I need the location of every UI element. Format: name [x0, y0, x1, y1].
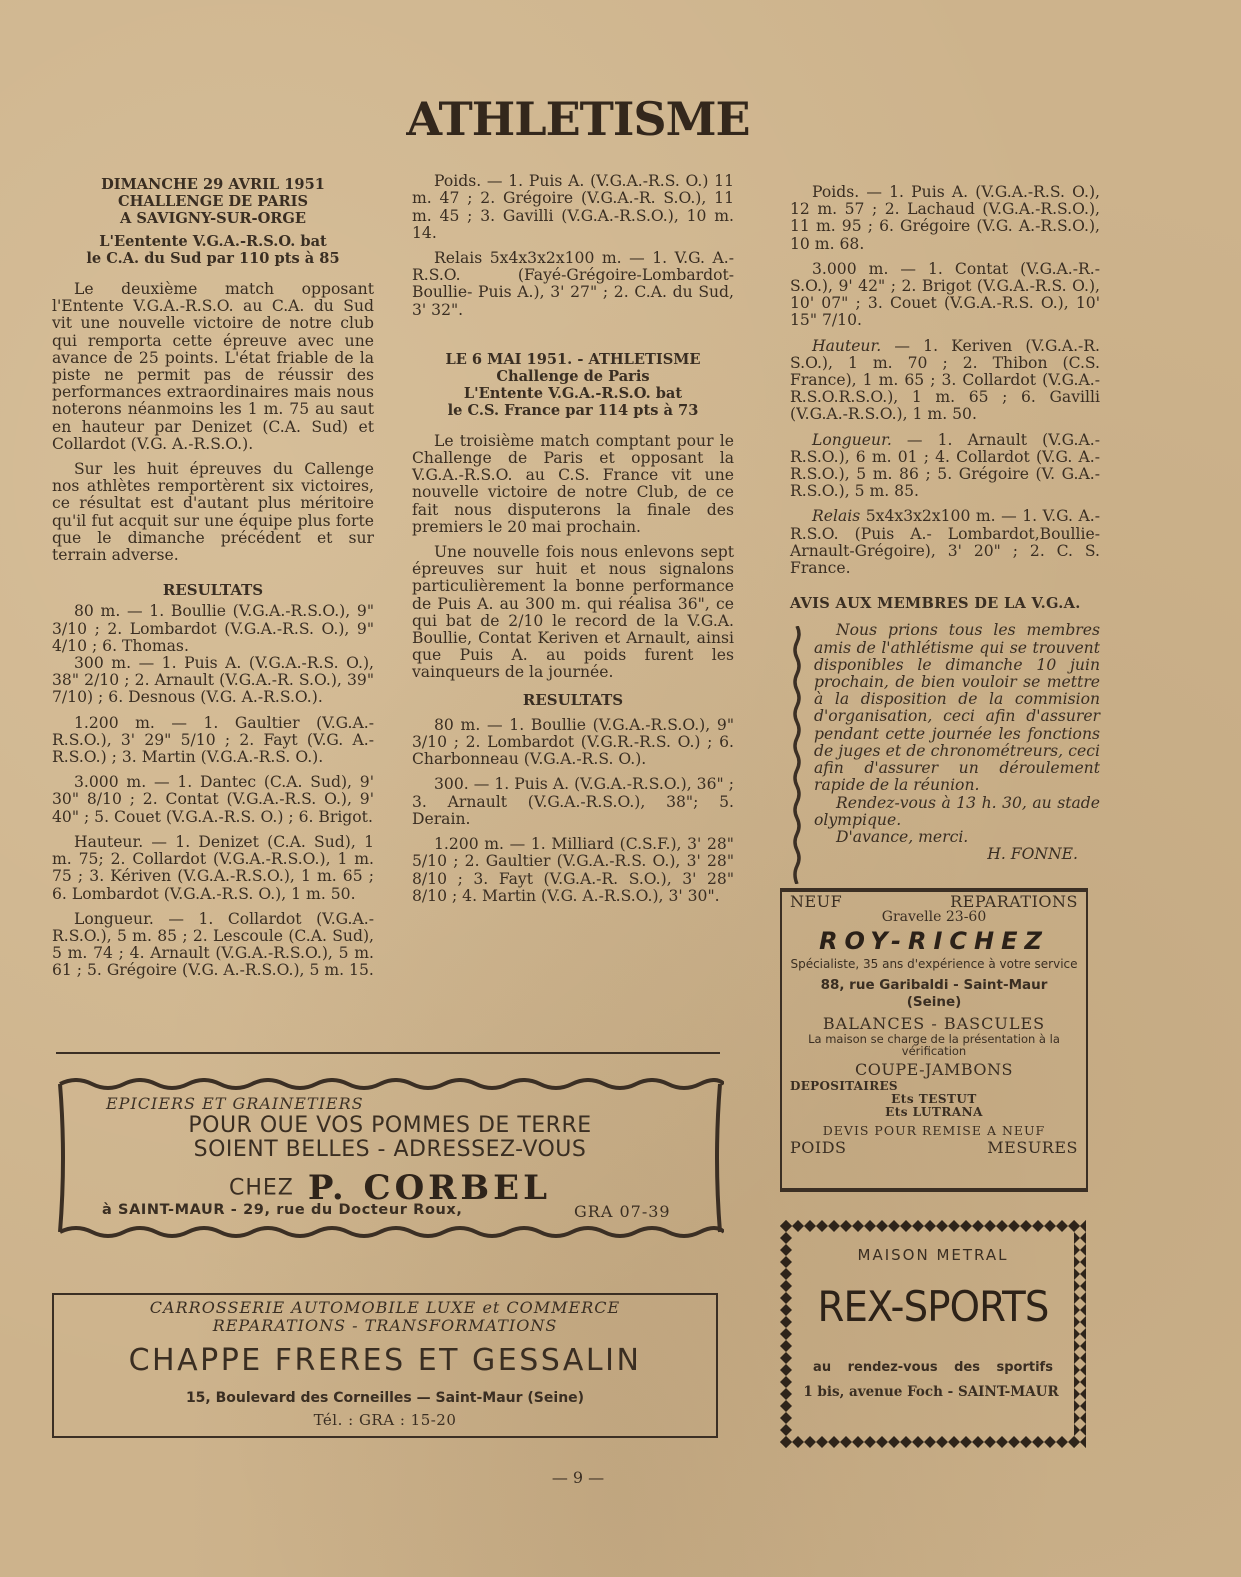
result-item: Longueur. — 1. Collardot (V.G.A.-R.S.O.)…: [52, 911, 374, 980]
result-item: Hauteur. — 1. Keriven (V.G.A.-R. S.O.), …: [790, 338, 1100, 424]
corbel-phone: GRA 07-39: [574, 1202, 671, 1221]
article2-headline-1: L'Entente V.G.A.-R.S.O. bat: [412, 385, 734, 402]
chappe-name: CHAPPE FRERES ET GESSALIN: [54, 1343, 716, 1378]
result-label: Relais: [812, 507, 860, 525]
avis-notice: Nous prions tous les membres amis de l'a…: [790, 622, 1100, 863]
page-title: ATHLETISME: [0, 92, 1156, 146]
article1-results-title: RESULTATS: [52, 582, 374, 599]
result-label: Longueur.: [812, 431, 892, 449]
roy-bottom-row: POIDS MESURES: [782, 1138, 1086, 1157]
result-item: Poids. — 1. Puis A. (V.G.A.-R.S. O.), 12…: [790, 184, 1100, 253]
result-item: 80 m. — 1. Boullie (V.G.A.-R.S.O.), 9" 3…: [52, 603, 374, 655]
article1-date: DIMANCHE 29 AVRIL 1951: [52, 176, 374, 193]
ad-roy-richez: NEUF REPARATIONS Gravelle 23-60 ROY-RICH…: [780, 888, 1088, 1192]
result-item: Hauteur. — 1. Denizet (C.A. Sud), 1 m. 7…: [52, 834, 374, 903]
avis-signature: H. FONNE.: [814, 846, 1100, 863]
article2-results-title: RESULTATS: [412, 692, 734, 709]
column-3: Poids. — 1. Puis A. (V.G.A.-R.S. O.), 12…: [790, 184, 1100, 863]
rex-name: REX-SPORTS: [792, 1282, 1074, 1331]
roy-ets-2: Ets LUTRANA: [782, 1106, 1086, 1119]
page-number: — 9 —: [0, 1468, 1156, 1487]
squiggle-bracket-icon: [792, 626, 802, 884]
roy-products: BALANCES - BASCULES: [782, 1014, 1086, 1033]
column-2: . Poids. — 1. Puis A. (V.G.A.-R.S. O.) 1…: [412, 148, 734, 905]
result-item: Poids. — 1. Puis A. (V.G.A.-R.S. O.) 11 …: [412, 173, 734, 242]
corbel-tagline: EPICIERS ET GRAINETIERS: [106, 1094, 364, 1113]
result-item: Relais 5x4x3x2x100 m. — 1. V.G. A.-R.S.O…: [412, 250, 734, 319]
roy-note: La maison se charge de la présentation à…: [782, 1033, 1086, 1057]
roy-depositaires: DEPOSITAIRES: [782, 1079, 1086, 1093]
article2-date: LE 6 MAI 1951. - ATHLETISME: [412, 351, 734, 368]
article2-paragraph-2: Une nouvelle fois nous enlevons sept épr…: [412, 544, 734, 682]
article2-paragraph-1: Le troisième match comptant pour le Chal…: [412, 433, 734, 536]
avis-body: Nous prions tous les membres amis de l'a…: [814, 622, 1100, 794]
article1-location: A SAVIGNY-SUR-ORGE: [52, 210, 374, 227]
result-item: 300. — 1. Puis A. (V.G.A.-R.S.O.), 36" ;…: [412, 776, 734, 828]
roy-address: 88, rue Garibaldi - Saint-Maur (Seine): [782, 977, 1086, 1011]
roy-product2: COUPE-JAMBONS: [782, 1060, 1086, 1079]
column-1: DIMANCHE 29 AVRIL 1951 CHALLENGE DE PARI…: [52, 176, 374, 980]
avis-thanks: D'avance, merci.: [814, 829, 1100, 846]
rex-address: 1 bis, avenue Foch - SAINT-MAUR: [786, 1384, 1076, 1400]
rex-tagline: au rendez-vous des sportifs: [780, 1360, 1086, 1375]
roy-phone: Gravelle 23-60: [782, 909, 1086, 925]
result-item: 80 m. — 1. Boullie (V.G.A.-R.S.O.), 9" 3…: [412, 717, 734, 769]
result-item: 3.000 m. — 1. Contat (V.G.A.-R.-S.O.), 9…: [790, 261, 1100, 330]
article1-paragraph-1: Le deuxième match opposant l'Entente V.G…: [52, 281, 374, 453]
article1-headline-1: L'Eentente V.G.A.-R.S.O. bat: [52, 233, 374, 250]
divider: [56, 1052, 720, 1054]
ad-corbel: EPICIERS ET GRAINETIERS POUR OUE VOS POM…: [56, 1078, 724, 1240]
result-item: 3.000 m. — 1. Dantec (C.A. Sud), 9' 30" …: [52, 774, 374, 826]
article1-event: CHALLENGE DE PARIS: [52, 193, 374, 210]
corbel-address: à SAINT-MAUR - 29, rue du Docteur Roux,: [102, 1202, 463, 1218]
article2-event: Challenge de Paris: [412, 368, 734, 385]
roy-name: ROY-RICHEZ: [782, 927, 1086, 955]
avis-rendezvous: Rendez-vous à 13 h. 30, au stade olympiq…: [814, 795, 1100, 829]
corbel-slogan: POUR OUE VOS POMMES DE TERRE SOIENT BELL…: [56, 1114, 724, 1162]
ad-chappe: CARROSSERIE AUTOMOBILE LUXE et COMMERCE …: [52, 1293, 718, 1438]
roy-specialty: Spécialiste, 35 ans d'expérience à votre…: [782, 958, 1086, 971]
chappe-address: 15, Boulevard des Corneilles — Saint-Mau…: [54, 1390, 716, 1406]
result-item: 300 m. — 1. Puis A. (V.G.A.-R.S. O.), 38…: [52, 655, 374, 707]
chappe-phone: Tél. : GRA : 15-20: [54, 1411, 716, 1429]
article1-headline-2: le C.A. du Sud par 110 pts à 85: [52, 250, 374, 267]
ad-rex-sports: MAISON METRAL REX-SPORTS au rendez-vous …: [780, 1220, 1086, 1448]
roy-devis: DEVIS POUR REMISE A NEUF: [782, 1123, 1086, 1138]
result-item: 1.200 m. — 1. Milliard (C.S.F.), 3' 28" …: [412, 836, 734, 905]
result-item: 1.200 m. — 1. Gaultier (V.G.A.-R.S.O.), …: [52, 715, 374, 767]
result-item: Longueur. — 1. Arnault (V.G.A.-R.S.O.), …: [790, 432, 1100, 501]
avis-title: AVIS AUX MEMBRES DE LA V.G.A.: [790, 595, 1100, 612]
chappe-tagline: CARROSSERIE AUTOMOBILE LUXE et COMMERCE …: [54, 1299, 716, 1335]
rex-maison: MAISON METRAL: [780, 1246, 1086, 1264]
article2-headline-2: le C.S. France par 114 pts à 73: [412, 402, 734, 419]
result-item: Relais 5x4x3x2x100 m. — 1. V.G. A.-R.S.O…: [790, 508, 1100, 577]
article1-paragraph-2: Sur les huit épreuves du Callenge nos at…: [52, 461, 374, 564]
result-label: Hauteur.: [812, 337, 881, 355]
